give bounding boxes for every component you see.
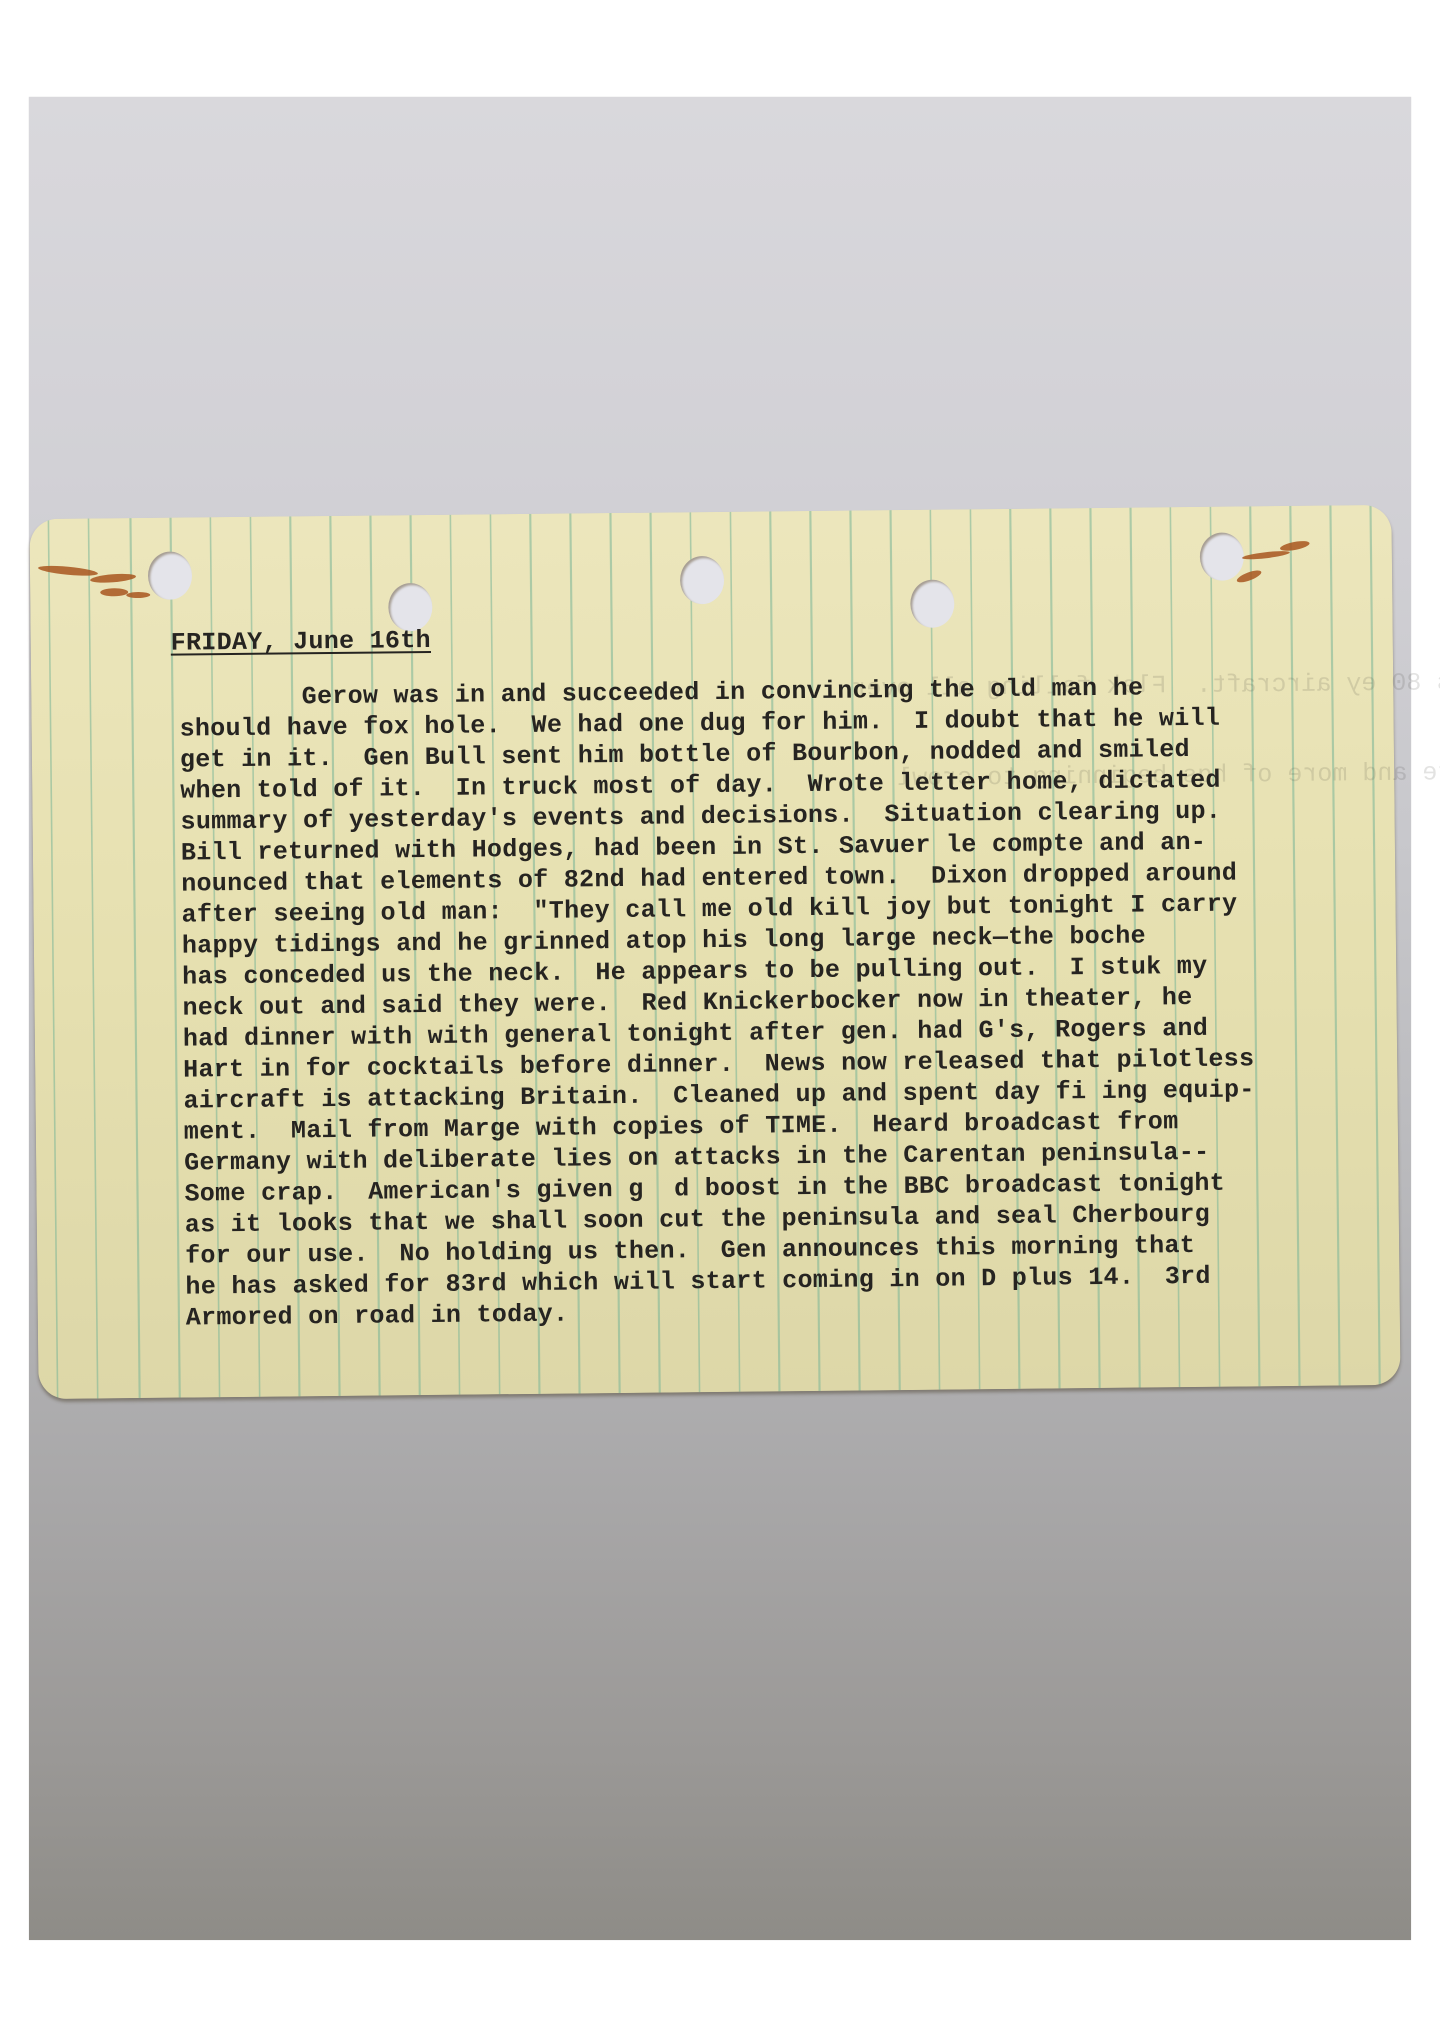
typed-entry: FRIDAY, June 16th Gerow was in and succe… bbox=[179, 616, 1316, 1334]
rust-stain bbox=[38, 564, 98, 578]
rust-stain bbox=[100, 588, 128, 596]
rust-stain bbox=[1279, 539, 1310, 552]
punch-hole-1 bbox=[148, 551, 193, 599]
rust-stain bbox=[126, 592, 150, 598]
punch-hole-3 bbox=[680, 556, 725, 604]
index-card: AA now claims 80 ey aircraft. Flak falli… bbox=[29, 505, 1400, 1399]
punch-hole-5 bbox=[1200, 532, 1245, 580]
rust-stain bbox=[1242, 549, 1290, 560]
entry-body: Gerow was in and succeeded in convincing… bbox=[179, 671, 1316, 1334]
entry-date-heading: FRIDAY, June 16th bbox=[171, 625, 431, 659]
